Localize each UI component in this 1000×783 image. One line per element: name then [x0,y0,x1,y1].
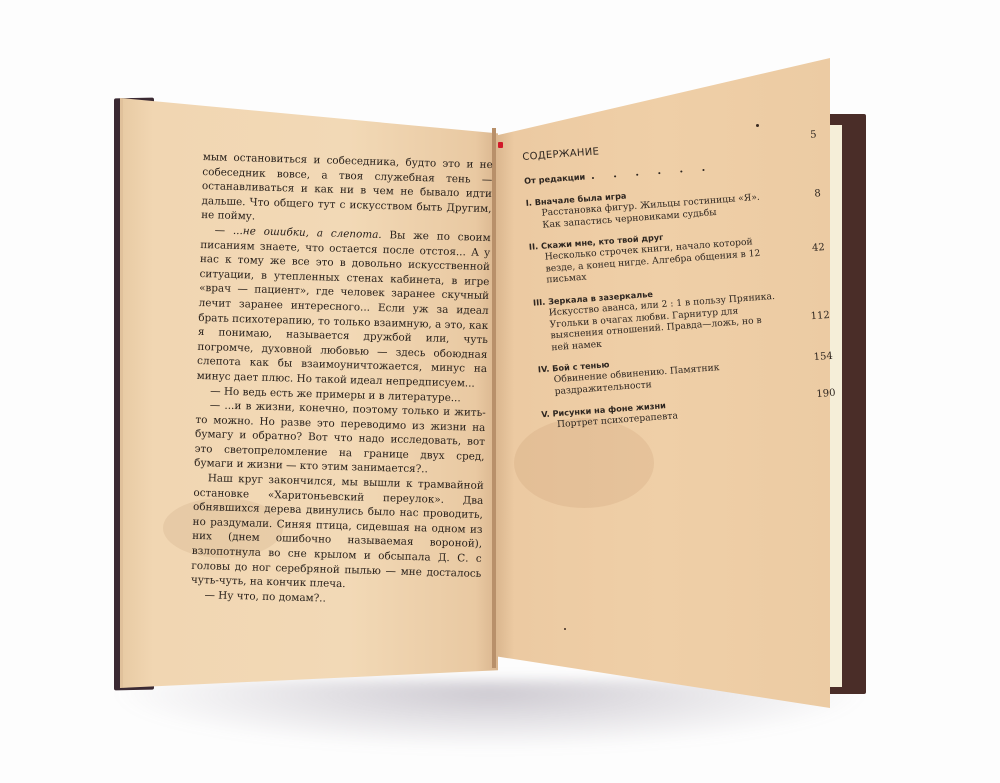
toc-leader: . . . . . . [589,155,712,183]
paragraph: — ...и в жизни, конечно, поэтому только … [194,398,486,479]
toc-entry: V. Рисунки на фоне жизни Портрет психоте… [541,391,787,431]
toc-page-number: 112 [810,310,830,322]
paragraph: мым остановиться и собеседника, будто эт… [201,150,493,231]
paragraph: Наш круг закончился, мы вышли к трамвайн… [191,471,484,596]
bookmark-ribbon [498,142,503,148]
book-photo-scene: мым остановиться и собеседника, будто эт… [0,0,1000,783]
paragraph: — ...не ошибки, а слепота. Вы же по свои… [196,223,490,392]
paragraph-rest: Вы же по своим писаниям знаете, что оста… [197,229,491,390]
toc-page-number: 154 [813,351,833,363]
left-page-text: мым остановиться и собеседника, будто эт… [190,150,493,610]
toc-page-number: 42 [812,242,826,254]
toc-page-number: 5 [810,129,817,140]
toc-page-number: 8 [814,188,821,199]
table-of-contents: СОДЕРЖАНИЕ От редакции . . . . . . 5 I. … [522,134,788,441]
toc-heading: От редакции [524,171,586,185]
toc-entry: III. Зеркала в зазеркалье Искусство аван… [533,280,782,355]
toc-entry: II. Скажи мне, кто твой друг Несколько с… [529,224,777,288]
book-gutter [492,128,496,668]
toc-entry: I. Вначале была игра Расстановка фигур. … [525,180,772,232]
toc-page-number: 190 [816,387,836,399]
italic-lead: — ...не ошибки, а слепота. [215,224,382,241]
toc-entry: IV. Бой с тенью Обвинение обвинению. Пам… [538,347,785,399]
